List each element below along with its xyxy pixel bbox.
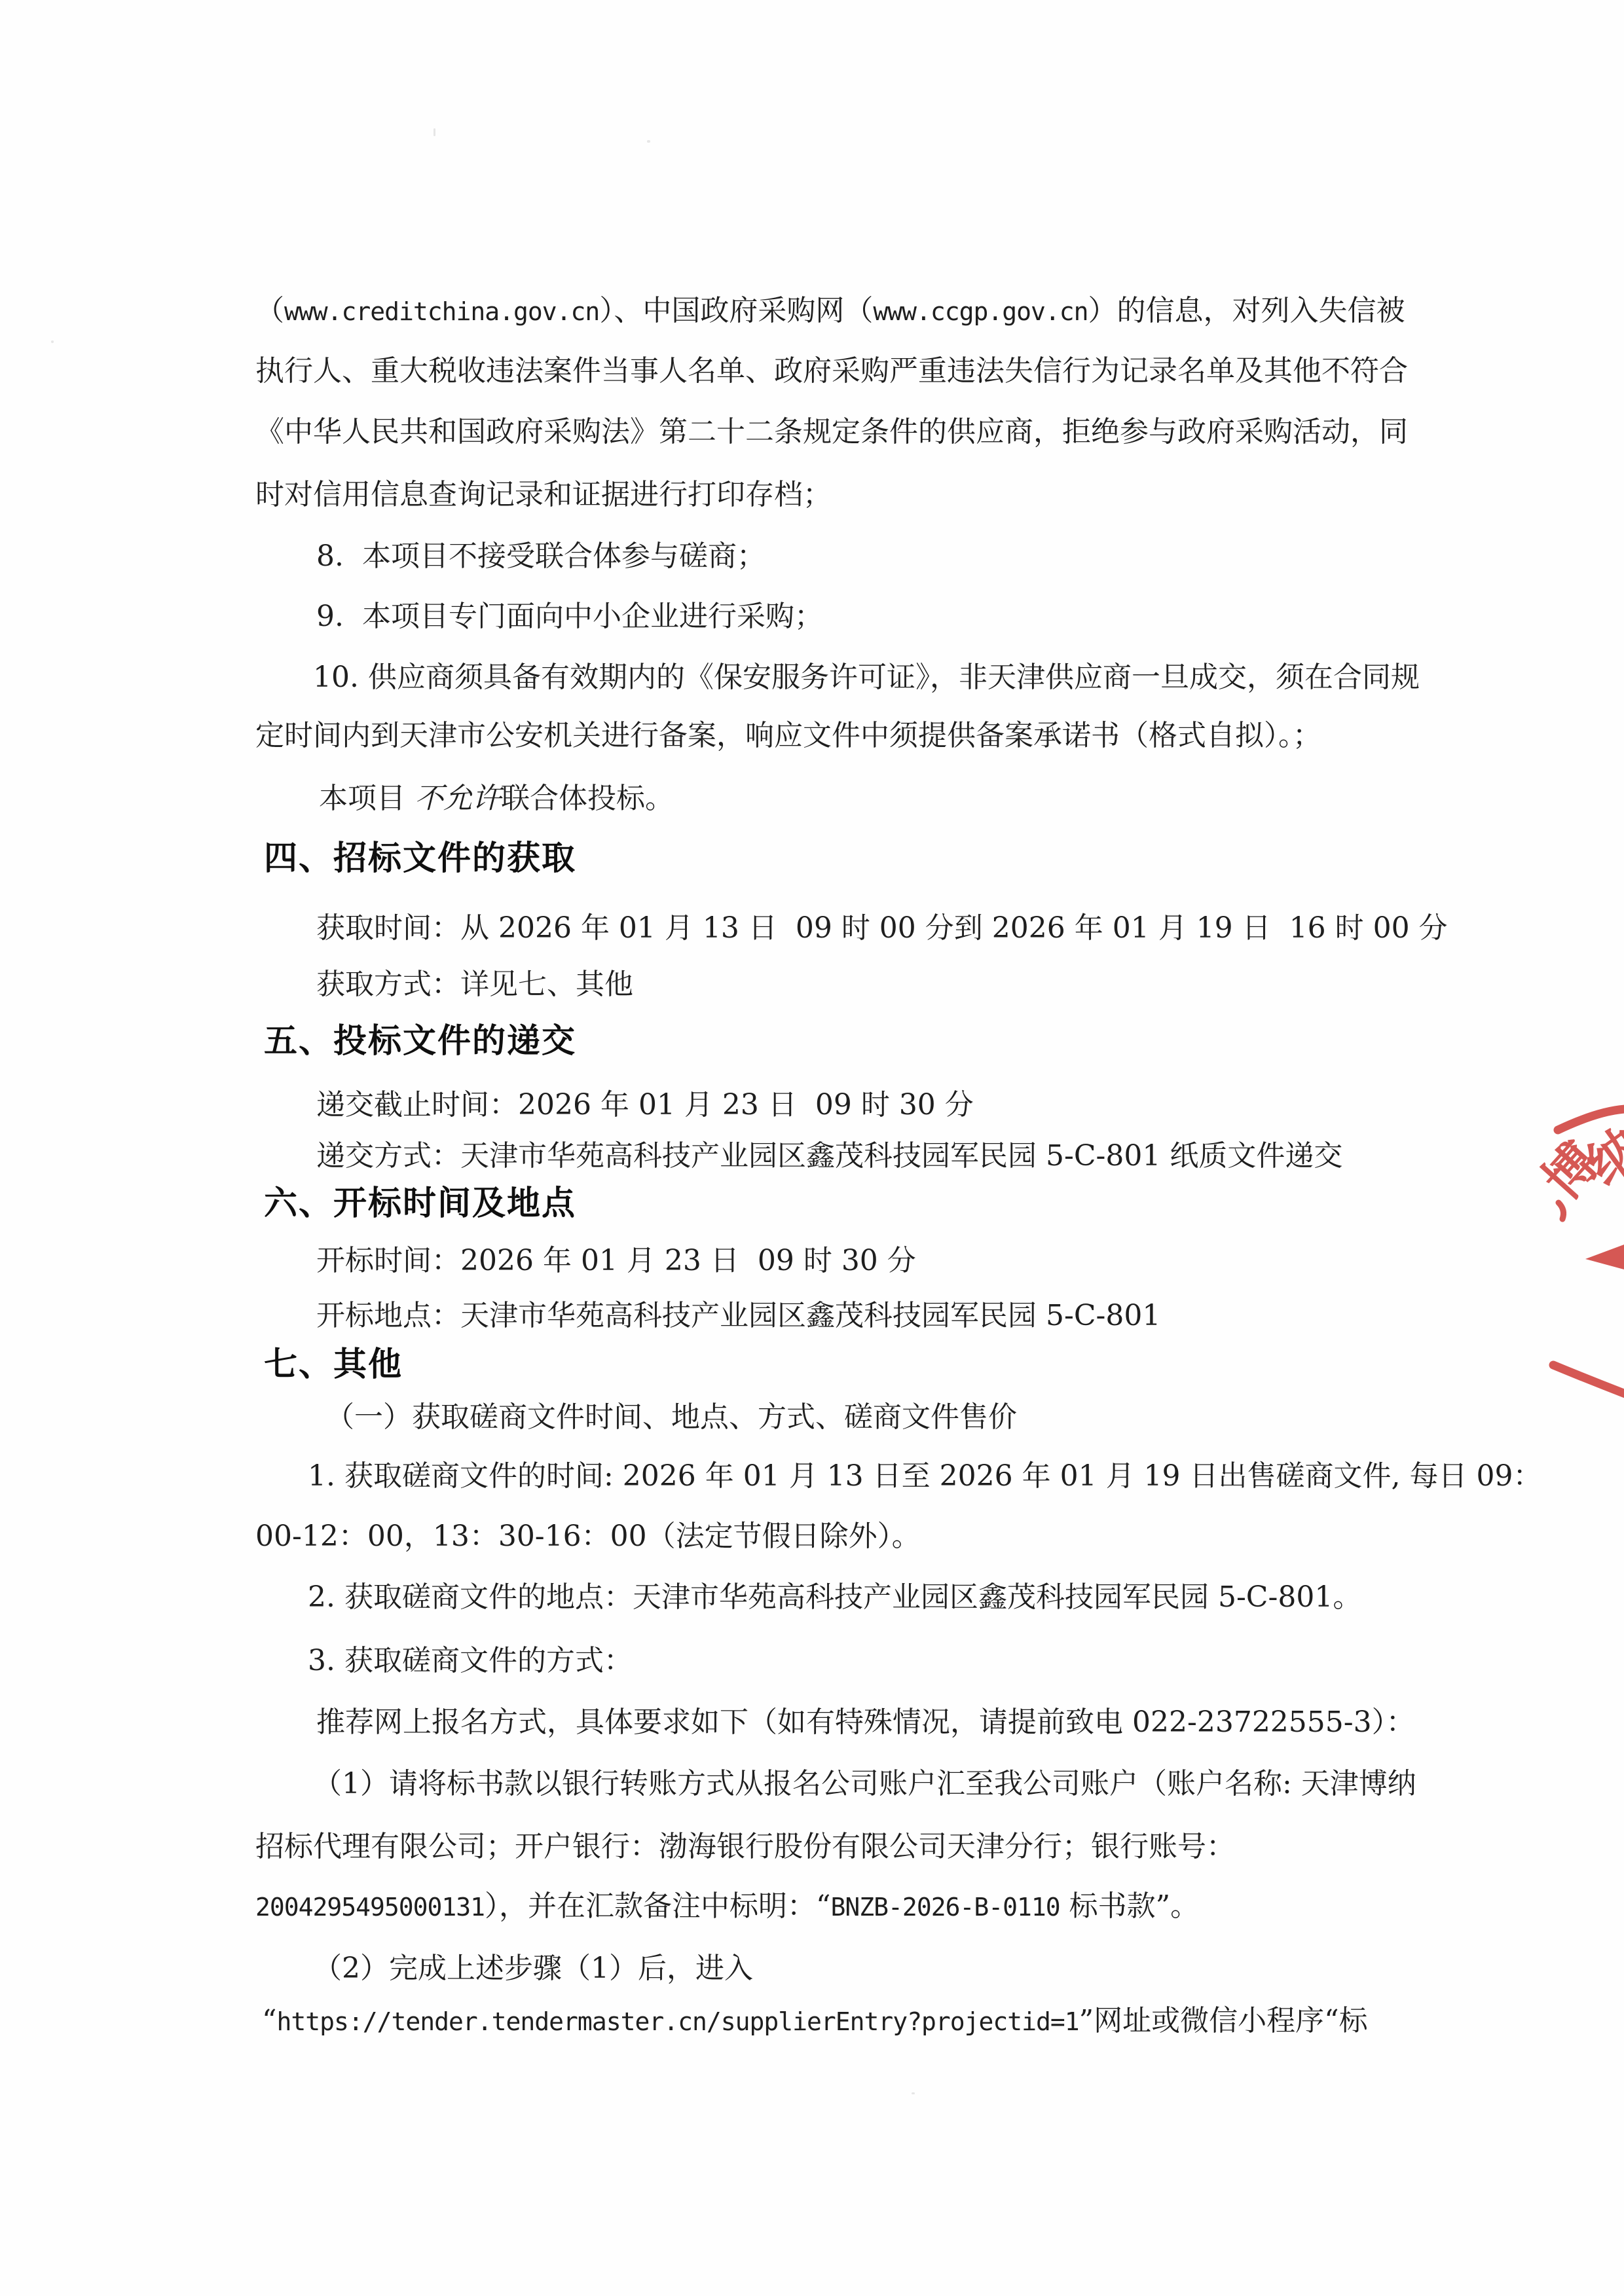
remit-note-mid: ），并在汇款备注中标明：“ (485, 1889, 831, 1923)
company-seal: 博 纳 (1500, 1057, 1624, 1430)
credit-line1-end: ）的信息，对列入失信被 (1088, 294, 1405, 327)
joint-bid-note: 本项目 不允许联合体投标。 (319, 782, 674, 816)
seal-star-tip (1585, 1245, 1624, 1269)
url-line-end: ”网址或微信小程序“标 (1079, 2004, 1368, 2037)
bank-account-number: 2004295495000131 (255, 1893, 485, 1922)
section-4-obtain-time: 获取时间：从 2026 年 01 月 13 日 09 时 00 分到 2026 … (316, 912, 1448, 945)
section-6-open-time: 开标时间：2026 年 01 月 23 日 09 时 30 分 (316, 1245, 916, 1278)
url-open-quote: “ (262, 2004, 277, 2037)
credit-line1-open: （ (255, 294, 284, 327)
credit-line1-mid: ）、中国政府采购网（ (599, 294, 873, 327)
section-6-open-place: 开标地点：天津市华苑高科技产业园区鑫茂科技园军民园 5-C-801 (316, 1300, 1160, 1333)
scan-speck (51, 340, 54, 343)
seal-ring-bottom-arc (1553, 1365, 1624, 1394)
para-credit-line-2: 执行人、重大税收违法案件当事人名单、政府采购严重违法失信行为记录名单及其他不符合 (255, 355, 1408, 388)
section-4-heading: 四、招标文件的获取 (264, 840, 576, 879)
section-7-p2: 2. 获取磋商文件的地点：天津市华苑高科技产业园区鑫茂科技园军民园 5-C-80… (308, 1581, 1361, 1614)
joint-bid-suffix: 联合体投标。 (501, 782, 674, 815)
section-7-p1-line-1: 1. 获取磋商文件的时间: 2026 年 01 月 13 日至 2026 年 0… (308, 1460, 1541, 1493)
section-4-obtain-method: 获取方式：详见七、其他 (316, 968, 633, 1002)
section-7-p5-line-2: 招标代理有限公司；开户银行：渤海银行股份有限公司天津分行；银行账号： (255, 1831, 1235, 1864)
item-9: 9. 本项目专门面向中小企业进行采购； (316, 600, 823, 634)
section-7-p5-line-1: （1）请将标书款以银行转账方式从报名公司账户汇至我公司账户（账户名称: 天津博纳 (313, 1768, 1416, 1801)
joint-bid-emphasis: 不允许 (415, 782, 501, 815)
item-8: 8. 本项目不接受联合体参与磋商； (316, 540, 766, 574)
project-code: BNZB-2026-B-0110 (831, 1893, 1060, 1922)
supplier-entry-url: https://tender.tendermaster.cn/supplierE… (277, 2007, 1079, 2036)
joint-bid-prefix: 本项目 (319, 782, 415, 815)
section-7-p7: “https://tender.tendermaster.cn/supplier… (262, 2005, 1368, 2038)
section-7-p3: 3. 获取磋商文件的方式： (308, 1645, 633, 1678)
para-credit-line-1: （www.creditchina.gov.cn）、中国政府采购网（www.ccg… (255, 295, 1405, 328)
creditchina-url: www.creditchina.gov.cn (284, 297, 599, 326)
ccgp-url: www.ccgp.gov.cn (873, 297, 1088, 326)
scan-speck (912, 2092, 915, 2094)
seal-stroke-fragment (1559, 1203, 1564, 1219)
item-10-line-2: 定时间内到天津市公安机关进行备案，响应文件中须提供备案承诺书（格式自拟）。； (255, 720, 1321, 753)
section-7-sub1: （一）获取磋商文件时间、地点、方式、磋商文件售价 (325, 1401, 1017, 1434)
section-5-heading: 五、投标文件的递交 (264, 1023, 576, 1061)
section-7-p6: （2）完成上述步骤（1）后，进入 (313, 1952, 753, 1986)
section-7-p5-line-3: 2004295495000131），并在汇款备注中标明：“BNZB-2026-B… (255, 1890, 1199, 1923)
scan-speck (647, 140, 650, 143)
document-page: （www.creditchina.gov.cn）、中国政府采购网（www.ccg… (0, 0, 1624, 2296)
para-credit-line-3: 《中华人民共和国政府采购法》第二十二条规定条件的供应商，拒绝参与政府采购活动，同 (255, 416, 1408, 449)
scan-speck (434, 128, 435, 136)
section-7-p4: 推荐网上报名方式，具体要求如下（如有特殊情况，请提前致电 022-2372255… (316, 1706, 1415, 1740)
section-5-method: 递交方式：天津市华苑高科技产业园区鑫茂科技园军民园 5-C-801 纸质文件递交 (316, 1140, 1342, 1173)
item-10-line-1: 10. 供应商须具备有效期内的《保安服务许可证》，非天津供应商一旦成交，须在合同… (313, 661, 1420, 695)
section-5-deadline: 递交截止时间：2026 年 01 月 23 日 09 时 30 分 (316, 1089, 974, 1122)
remit-note-end: 标书款”。 (1060, 1889, 1199, 1923)
section-7-p1-line-2: 00-12：00，13：30-16：00（法定节假日除外）。 (255, 1520, 921, 1554)
para-credit-line-4: 时对信用信息查询记录和证据进行打印存档； (255, 479, 832, 512)
section-7-heading: 七、其他 (264, 1346, 403, 1385)
section-6-heading: 六、开标时间及地点 (264, 1185, 576, 1224)
